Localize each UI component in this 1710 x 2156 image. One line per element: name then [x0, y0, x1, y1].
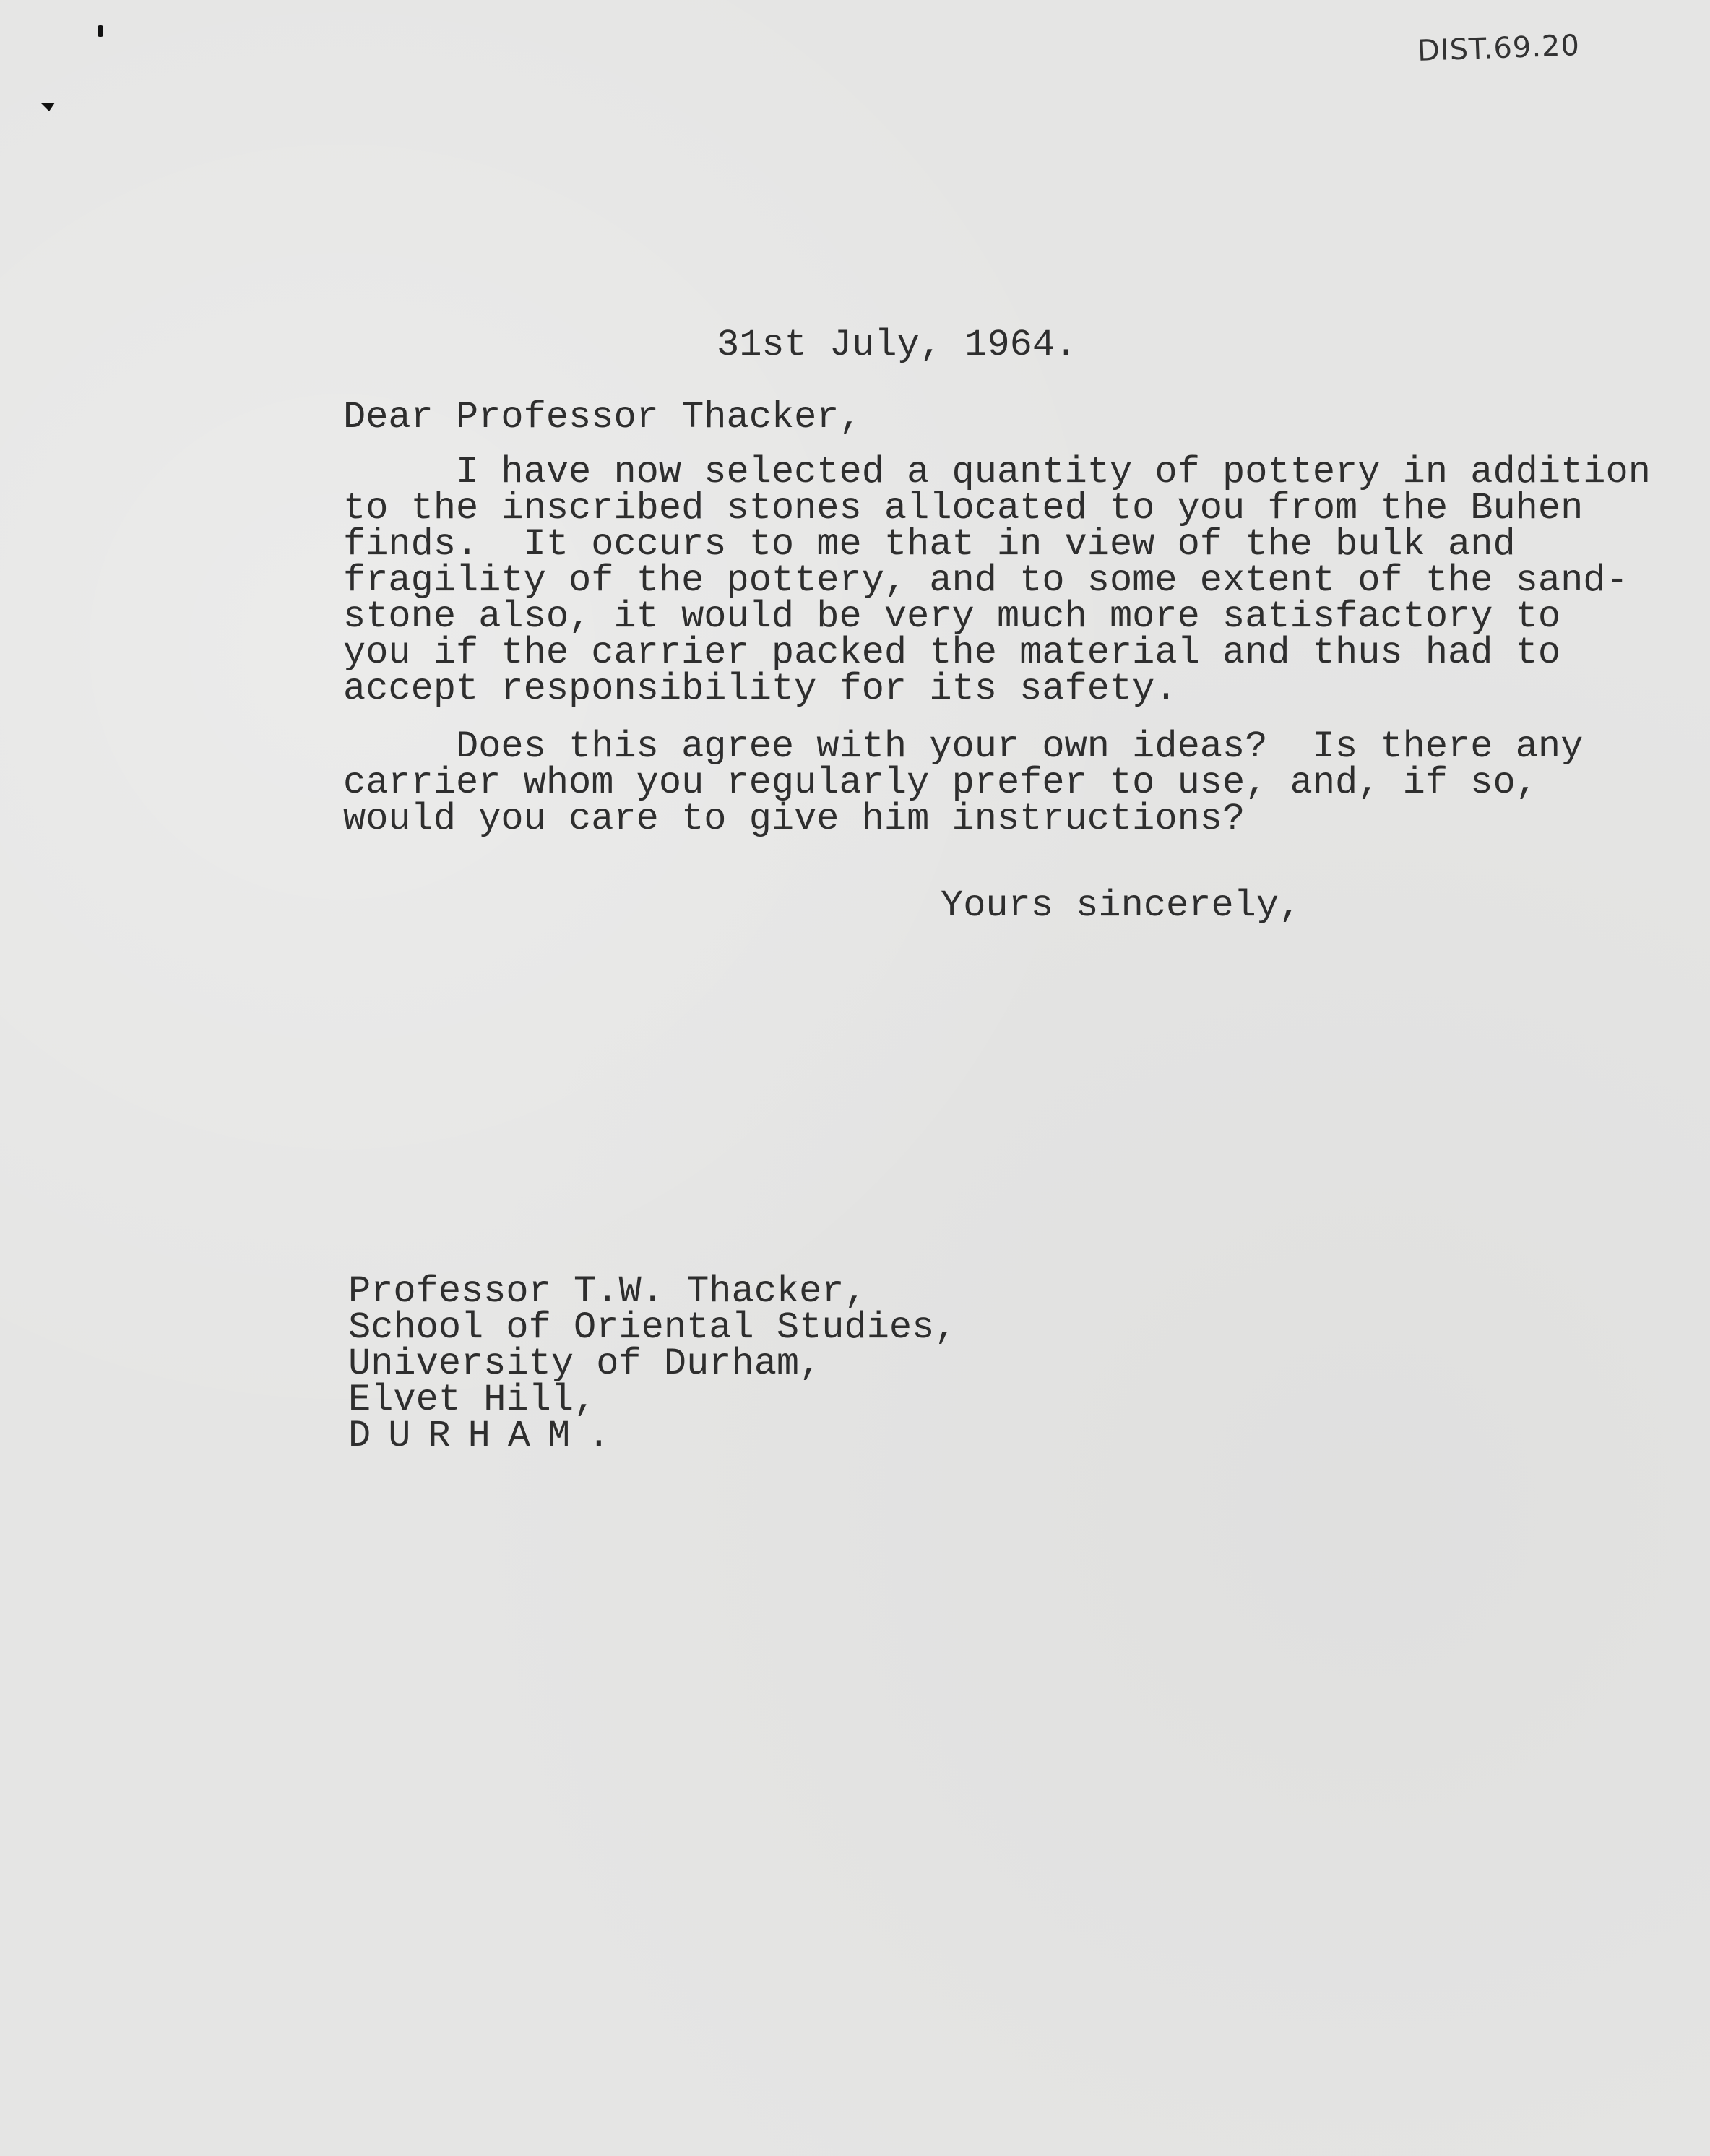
address-line: University of Durham,	[348, 1345, 821, 1383]
paragraph-line: I have now selected a quantity of potter…	[343, 454, 1651, 491]
paragraph-line: fragility of the pottery, and to some ex…	[343, 562, 1628, 600]
address-line: Professor T.W. Thacker,	[348, 1273, 867, 1311]
paragraph-line: stone also, it would be very much more s…	[343, 598, 1560, 636]
paragraph-line: accept responsibility for its safety.	[343, 670, 1178, 708]
paragraph-line: would you care to give him instructions?	[343, 801, 1245, 838]
salutation: Dear Professor Thacker,	[343, 399, 862, 436]
address-line: DURHAM.	[348, 1418, 627, 1455]
address-line: School of Oriental Studies,	[348, 1309, 957, 1347]
address-line: Elvet Hill,	[348, 1381, 596, 1419]
paragraph-line: Does this agree with your own ideas? Is …	[343, 728, 1583, 766]
closing: Yours sincerely,	[941, 887, 1301, 925]
paragraph-line: finds. It occurs to me that in view of t…	[343, 526, 1516, 564]
paragraph-line: to the inscribed stones allocated to you…	[343, 490, 1583, 527]
paragraph-line: carrier whom you regularly prefer to use…	[343, 764, 1538, 802]
letter-date: 31st July, 1964.	[717, 327, 1077, 364]
reference-mark: DIST.69.20	[1417, 29, 1580, 68]
paragraph-line: you if the carrier packed the material a…	[343, 634, 1560, 672]
ink-speck	[98, 25, 103, 37]
